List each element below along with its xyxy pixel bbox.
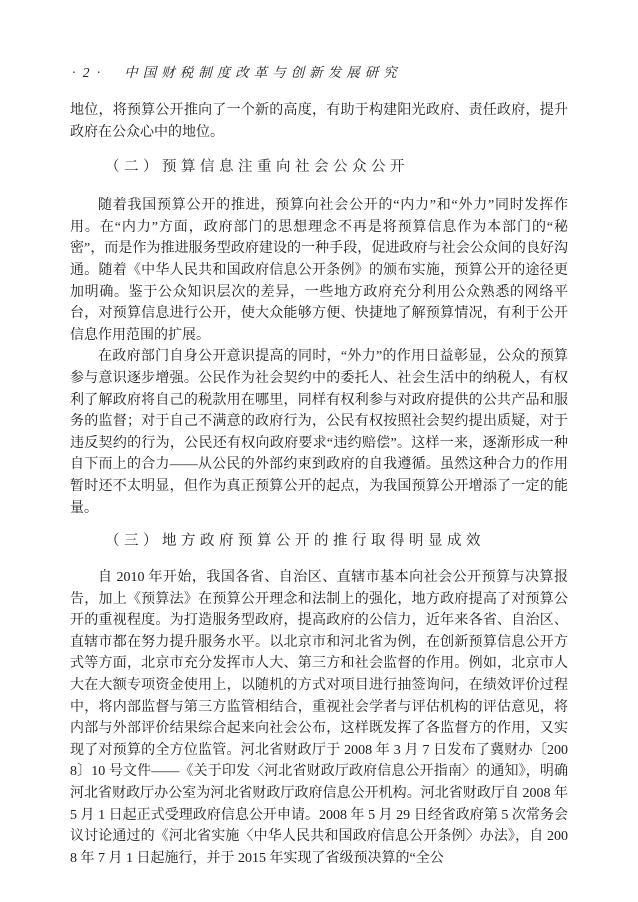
book-title: 中国财税制度改革与创新发展研究 (124, 65, 402, 80)
running-header: · 2 ·中国财税制度改革与创新发展研究 (72, 61, 402, 81)
document-page: · 2 ·中国财税制度改革与创新发展研究 地位，将预算公开推向了一个新的高度，有… (0, 0, 638, 902)
paragraph-continuation: 地位，将预算公开推向了一个新的高度，有助于构建阳光政府、责任政府，提升政府在公众… (70, 100, 568, 143)
paragraph-internal-external-force: 随着我国预算公开的推进，预算向社会公开的“内力”和“外力”同时发挥作用。在“内力… (70, 195, 568, 346)
section-heading-budget-info-public: （二）预算信息注重向社会公众公开 (105, 157, 568, 178)
paragraph-public-participation: 在政府部门自身公开意识提高的同时，“外力”的作用日益彰显，公众的预算参与意识逐步… (70, 346, 568, 519)
page-body: 地位，将预算公开推向了一个新的高度，有助于构建阳光政府、责任政府，提升政府在公众… (70, 100, 568, 869)
page-number: · 2 · (72, 65, 102, 80)
paragraph-provinces-progress: 自 2010 年开始，我国各省、自治区、直辖市基本向社会公开预算与决算报告，加上… (70, 567, 568, 869)
section-heading-local-gov-results: （三）地方政府预算公开的推行取得明显成效 (105, 531, 568, 552)
